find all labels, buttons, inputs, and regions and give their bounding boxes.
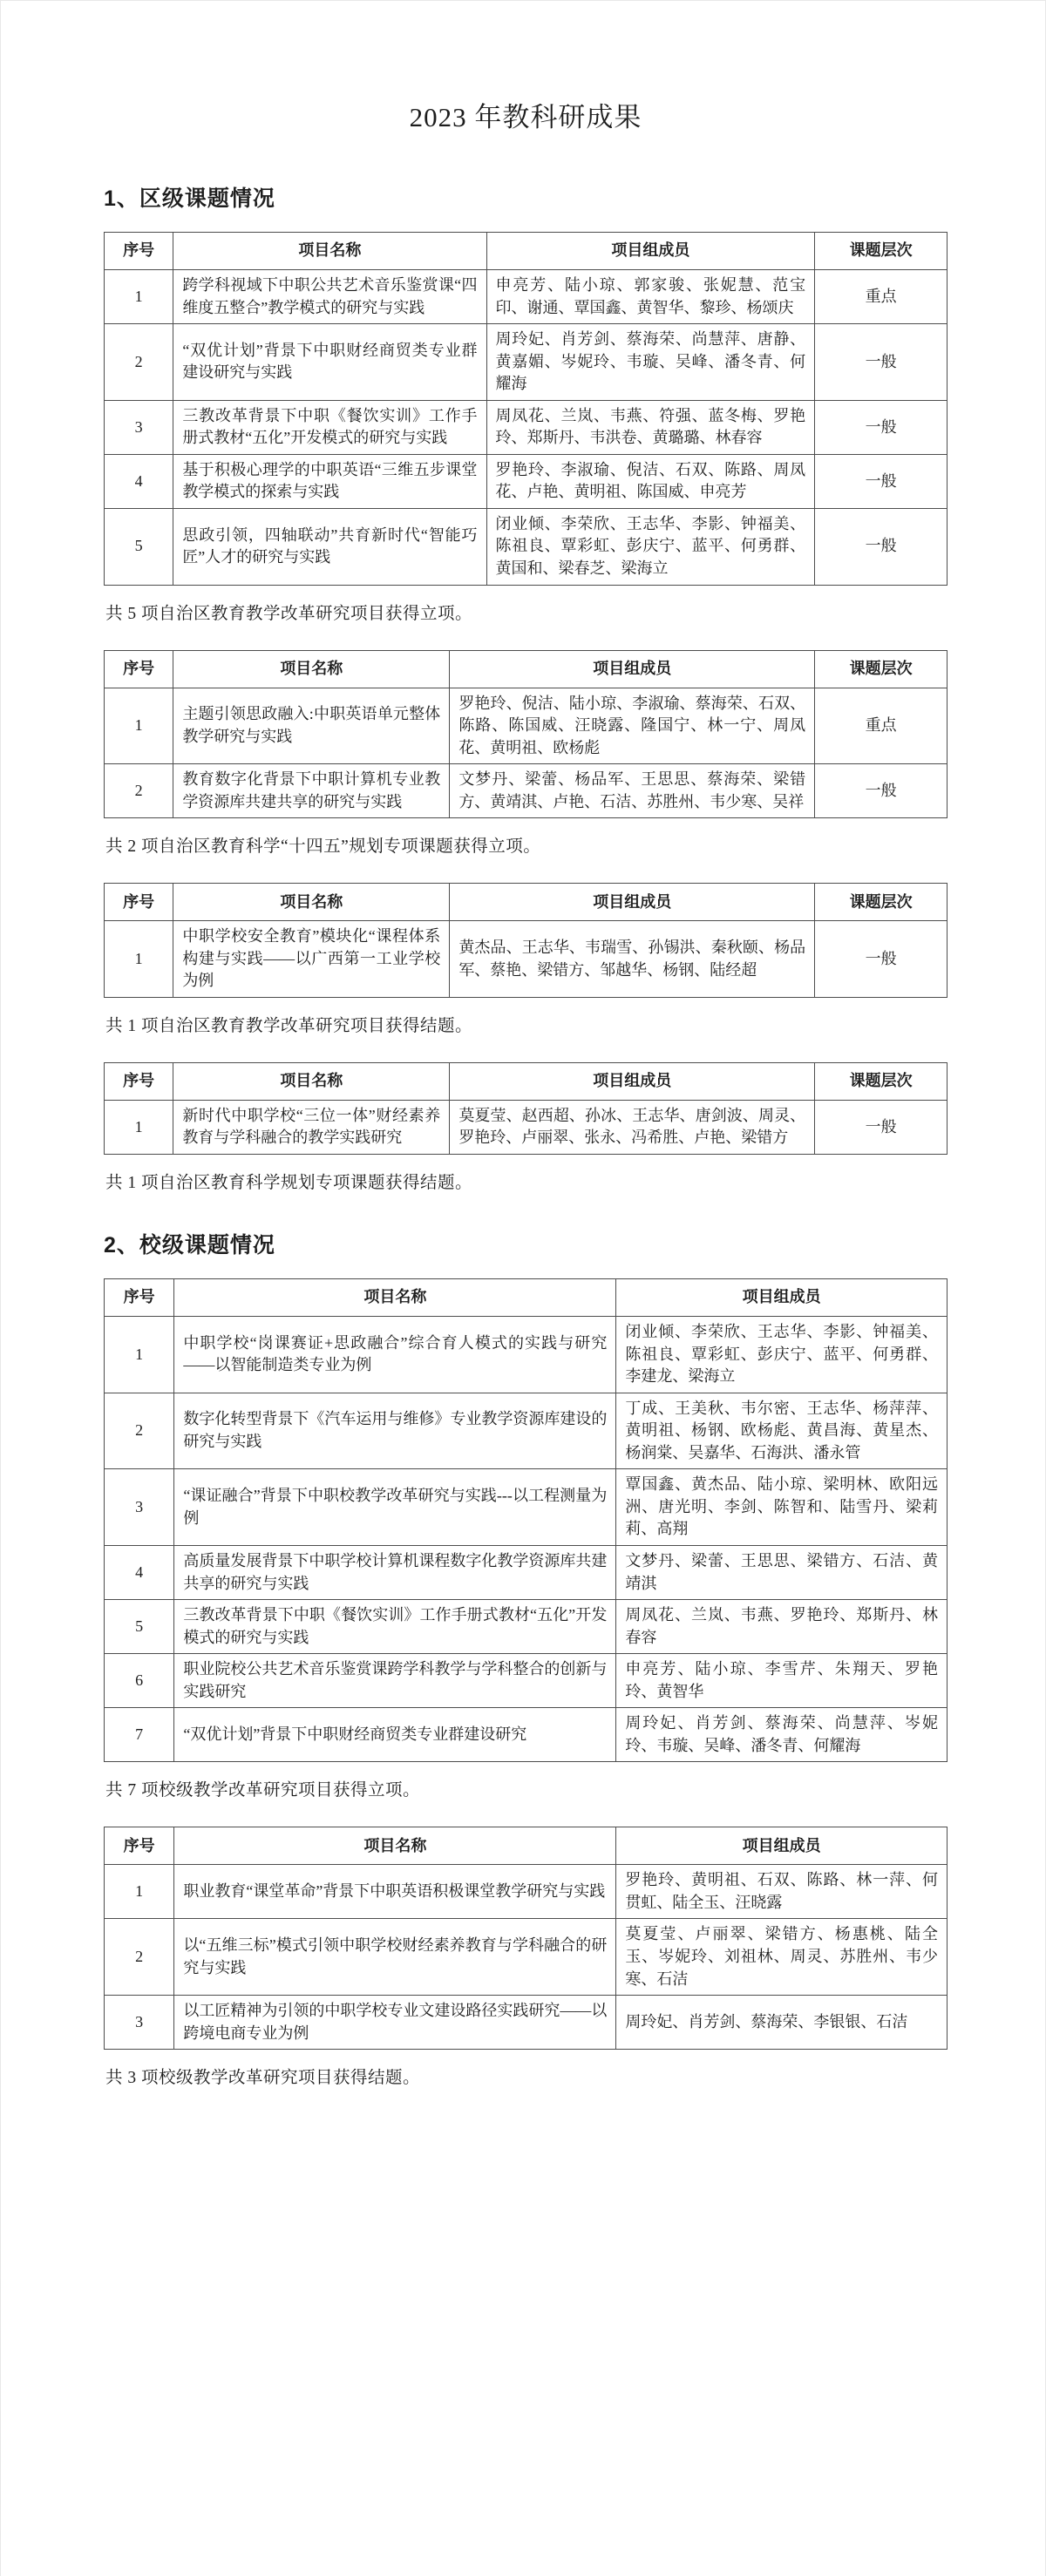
project-name-cell: 以工匠精神为引领的中职学校专业文建设路径实践研究——以跨境电商专业为例: [174, 1996, 616, 2050]
project-level-cell: 一般: [815, 921, 948, 998]
column-header: 项目名称: [173, 233, 486, 270]
table-summary: 共 3 项校级教学改革研究项目获得结题。: [105, 2064, 948, 2088]
project-level-cell: 一般: [815, 324, 948, 401]
project-level-cell: 重点: [815, 270, 948, 324]
column-header: 项目组成员: [486, 233, 815, 270]
projects-table: 序号项目名称项目组成员课题层次1中职学校安全教育”模块化“课程体系构建与实践——…: [104, 883, 948, 998]
project-name-cell: 新时代中职学校“三位一体”财经素养教育与学科融合的教学实践研究: [173, 1100, 450, 1154]
table-row: 1中职学校安全教育”模块化“课程体系构建与实践——以广西第一工业学校为例黄杰品、…: [105, 921, 948, 998]
table-summary: 共 2 项自治区教育科学“十四五”规划专项课题获得立项。: [105, 832, 948, 857]
header-row: 序号项目名称项目组成员课题层次: [105, 233, 948, 270]
project-name-cell: “课证融合”背景下中职校教学改革研究与实践---以工程测量为例: [174, 1469, 616, 1546]
section-heading-2: 2、校级课题情况: [104, 1228, 948, 1259]
column-header: 项目名称: [173, 884, 450, 921]
row-index-cell: 3: [105, 400, 173, 454]
project-members-cell: 莫夏莹、卢丽翠、梁错方、杨惠桃、陆全玉、岑妮玲、刘祖林、周灵、苏胜州、韦少寒、石…: [616, 1919, 948, 1996]
table-row: 1主题引领思政融入:中职英语单元整体教学研究与实践罗艳玲、倪洁、陆小琼、李淑瑜、…: [105, 688, 948, 764]
column-header: 项目组成员: [450, 650, 815, 688]
column-header: 项目名称: [173, 650, 450, 688]
project-name-cell: 跨学科视域下中职公共艺术音乐鉴赏课“四维度五整合”教学模式的研究与实践: [173, 270, 486, 324]
project-members-cell: 闭业倾、李荣欣、王志华、李影、钟福美、陈祖良、覃彩虹、彭庆宁、蓝平、何勇群、黄国…: [486, 508, 815, 585]
row-index-cell: 3: [105, 1996, 174, 2050]
table-row: 2数字化转型背景下《汽车运用与维修》专业教学资源库建设的研究与实践丁成、王美秋、…: [105, 1393, 948, 1469]
row-index-cell: 7: [105, 1708, 174, 1762]
table-summary: 共 1 项自治区教育教学改革研究项目获得结题。: [105, 1012, 948, 1036]
project-name-cell: 三教改革背景下中职《餐饮实训》工作手册式教材“五化”开发模式的研究与实践: [173, 400, 486, 454]
column-header: 课题层次: [815, 1062, 948, 1100]
project-members-cell: 闭业倾、李荣欣、王志华、李影、钟福美、陈祖良、覃彩虹、彭庆宁、蓝平、何勇群、李建…: [616, 1317, 948, 1393]
project-name-cell: 高质量发展背景下中职学校计算机课程数字化教学资源库共建共享的研究与实践: [174, 1545, 616, 1599]
project-members-cell: 文梦丹、梁蕾、王思思、梁错方、石洁、黄靖淇: [616, 1545, 948, 1599]
project-name-cell: 数字化转型背景下《汽车运用与维修》专业教学资源库建设的研究与实践: [174, 1393, 616, 1469]
project-name-cell: 思政引领，四轴联动”共育新时代“智能巧匠”人才的研究与实践: [173, 508, 486, 585]
row-index-cell: 2: [105, 764, 173, 818]
project-name-cell: 三教改革背景下中职《餐饮实训》工作手册式教材“五化”开发模式的研究与实践: [174, 1600, 616, 1654]
row-index-cell: 1: [105, 270, 173, 324]
column-header: 序号: [105, 233, 173, 270]
table-summary: 共 1 项自治区教育科学规划专项课题获得结题。: [105, 1169, 948, 1193]
row-index-cell: 3: [105, 1469, 174, 1546]
header-row: 序号项目名称项目组成员课题层次: [105, 884, 948, 921]
table-row: 4基于积极心理学的中职英语“三维五步课堂教学模式的探索与实践罗艳玲、李淑瑜、倪洁…: [105, 454, 948, 508]
column-header: 课题层次: [815, 650, 948, 688]
row-index-cell: 2: [105, 324, 173, 401]
project-members-cell: 周玲妃、肖芳剑、蔡海荣、尚慧萍、唐静、黄嘉媚、岑妮玲、韦璇、吴峰、潘冬青、何耀海: [486, 324, 815, 401]
column-header: 课题层次: [815, 233, 948, 270]
project-name-cell: 职业院校公共艺术音乐鉴赏课跨学科教学与学科整合的创新与实践研究: [174, 1654, 616, 1708]
document-page: 2023 年教科研成果 1、区级课题情况序号项目名称项目组成员课题层次1跨学科视…: [0, 0, 1046, 2576]
project-name-cell: “双优计划”背景下中职财经商贸类专业群建设研究与实践: [173, 324, 486, 401]
column-header: 序号: [105, 1279, 174, 1317]
header-row: 序号项目名称项目组成员: [105, 1827, 948, 1865]
project-members-cell: 申亮芳、陆小琼、李雪芹、朱翔天、罗艳玲、黄智华: [616, 1654, 948, 1708]
table-row: 2教育数字化背景下中职计算机专业教学资源库共建共享的研究与实践文梦丹、梁蕾、杨品…: [105, 764, 948, 818]
projects-table: 序号项目名称项目组成员课题层次1主题引领思政融入:中职英语单元整体教学研究与实践…: [104, 650, 948, 819]
project-members-cell: 周玲妃、肖芳剑、蔡海荣、尚慧萍、岑妮玲、韦璇、吴峰、潘冬青、何耀海: [616, 1708, 948, 1762]
row-index-cell: 2: [105, 1919, 174, 1996]
table-row: 1中职学校“岗课赛证+思政融合”综合育人模式的实践与研究——以智能制造类专业为例…: [105, 1317, 948, 1393]
header-row: 序号项目名称项目组成员课题层次: [105, 650, 948, 688]
row-index-cell: 1: [105, 921, 173, 998]
row-index-cell: 4: [105, 454, 173, 508]
table-row: 3三教改革背景下中职《餐饮实训》工作手册式教材“五化”开发模式的研究与实践周凤花…: [105, 400, 948, 454]
row-index-cell: 4: [105, 1545, 174, 1599]
column-header: 项目名称: [174, 1279, 616, 1317]
project-level-cell: 重点: [815, 688, 948, 764]
row-index-cell: 1: [105, 688, 173, 764]
table-row: 1跨学科视域下中职公共艺术音乐鉴赏课“四维度五整合”教学模式的研究与实践申亮芳、…: [105, 270, 948, 324]
table-row: 5三教改革背景下中职《餐饮实训》工作手册式教材“五化”开发模式的研究与实践周凤花…: [105, 1600, 948, 1654]
column-header: 项目组成员: [450, 884, 815, 921]
table-row: 1职业教育“课堂革命”背景下中职英语积极课堂教学研究与实践罗艳玲、黄明祖、石双、…: [105, 1865, 948, 1919]
section-heading-1: 1、区级课题情况: [104, 181, 948, 213]
column-header: 序号: [105, 1827, 174, 1865]
project-members-cell: 罗艳玲、倪洁、陆小琼、李淑瑜、蔡海荣、石双、陈路、陈国威、汪晓露、隆国宁、林一宁…: [450, 688, 815, 764]
project-name-cell: “双优计划”背景下中职财经商贸类专业群建设研究: [174, 1708, 616, 1762]
row-index-cell: 1: [105, 1317, 174, 1393]
project-members-cell: 文梦丹、梁蕾、杨品军、王思思、蔡海荣、梁错方、黄靖淇、卢艳、石洁、苏胜州、韦少寒…: [450, 764, 815, 818]
row-index-cell: 1: [105, 1865, 174, 1919]
project-level-cell: 一般: [815, 1100, 948, 1154]
row-index-cell: 1: [105, 1100, 173, 1154]
project-members-cell: 丁成、王美秋、韦尔密、王志华、杨萍萍、黄明祖、杨钢、欧杨彪、黄昌海、黄星杰、杨润…: [616, 1393, 948, 1469]
project-name-cell: 基于积极心理学的中职英语“三维五步课堂教学模式的探索与实践: [173, 454, 486, 508]
project-level-cell: 一般: [815, 400, 948, 454]
column-header: 项目名称: [174, 1827, 616, 1865]
row-index-cell: 5: [105, 1600, 174, 1654]
project-members-cell: 周凤花、兰岚、韦燕、符强、蓝冬梅、罗艳玲、郑斯丹、韦洪卷、黄璐璐、林春容: [486, 400, 815, 454]
project-level-cell: 一般: [815, 454, 948, 508]
project-name-cell: 中职学校“岗课赛证+思政融合”综合育人模式的实践与研究——以智能制造类专业为例: [174, 1317, 616, 1393]
row-index-cell: 6: [105, 1654, 174, 1708]
project-members-cell: 莫夏莹、赵西超、孙冰、王志华、唐剑波、周灵、罗艳玲、卢丽翠、张永、冯希胜、卢艳、…: [450, 1100, 815, 1154]
projects-table: 序号项目名称项目组成员课题层次1跨学科视域下中职公共艺术音乐鉴赏课“四维度五整合…: [104, 232, 948, 586]
column-header: 序号: [105, 650, 173, 688]
table-row: 4高质量发展背景下中职学校计算机课程数字化教学资源库共建共享的研究与实践文梦丹、…: [105, 1545, 948, 1599]
project-name-cell: 以“五维三标”模式引领中职学校财经素养教育与学科融合的研究与实践: [174, 1919, 616, 1996]
table-row: 3“课证融合”背景下中职校教学改革研究与实践---以工程测量为例覃国鑫、黄杰品、…: [105, 1469, 948, 1546]
table-row: 5思政引领，四轴联动”共育新时代“智能巧匠”人才的研究与实践闭业倾、李荣欣、王志…: [105, 508, 948, 585]
projects-table: 序号项目名称项目组成员1职业教育“课堂革命”背景下中职英语积极课堂教学研究与实践…: [104, 1827, 948, 2050]
table-row: 2“双优计划”背景下中职财经商贸类专业群建设研究与实践周玲妃、肖芳剑、蔡海荣、尚…: [105, 324, 948, 401]
document-content: 1、区级课题情况序号项目名称项目组成员课题层次1跨学科视域下中职公共艺术音乐鉴赏…: [104, 181, 948, 2088]
project-name-cell: 职业教育“课堂革命”背景下中职英语积极课堂教学研究与实践: [174, 1865, 616, 1919]
row-index-cell: 2: [105, 1393, 174, 1469]
project-name-cell: 主题引领思政融入:中职英语单元整体教学研究与实践: [173, 688, 450, 764]
project-members-cell: 罗艳玲、黄明祖、石双、陈路、林一萍、何贯虹、陆全玉、汪晓露: [616, 1865, 948, 1919]
column-header: 项目名称: [173, 1062, 450, 1100]
column-header: 项目组成员: [616, 1827, 948, 1865]
header-row: 序号项目名称项目组成员: [105, 1279, 948, 1317]
project-members-cell: 黄杰品、王志华、韦瑞雪、孙锡洪、秦秋颐、杨品军、蔡艳、梁错方、邹越华、杨钢、陆经…: [450, 921, 815, 998]
project-level-cell: 一般: [815, 764, 948, 818]
project-members-cell: 申亮芳、陆小琼、郭家骏、张妮慧、范宝印、谢通、覃国鑫、黄智华、黎珍、杨颂庆: [486, 270, 815, 324]
projects-table: 序号项目名称项目组成员课题层次1新时代中职学校“三位一体”财经素养教育与学科融合…: [104, 1062, 948, 1155]
column-header: 项目组成员: [450, 1062, 815, 1100]
table-summary: 共 5 项自治区教育教学改革研究项目获得立项。: [105, 600, 948, 624]
column-header: 课题层次: [815, 884, 948, 921]
project-members-cell: 覃国鑫、黄杰品、陆小琼、梁明林、欧阳远洲、唐光明、李剑、陈智和、陆雪丹、梁莉莉、…: [616, 1469, 948, 1546]
row-index-cell: 5: [105, 508, 173, 585]
project-name-cell: 中职学校安全教育”模块化“课程体系构建与实践——以广西第一工业学校为例: [173, 921, 450, 998]
column-header: 序号: [105, 1062, 173, 1100]
project-level-cell: 一般: [815, 508, 948, 585]
project-members-cell: 周凤花、兰岚、韦燕、罗艳玲、郑斯丹、林春容: [616, 1600, 948, 1654]
project-members-cell: 周玲妃、肖芳剑、蔡海荣、李银银、石洁: [616, 1996, 948, 2050]
column-header: 项目组成员: [616, 1279, 948, 1317]
project-members-cell: 罗艳玲、李淑瑜、倪洁、石双、陈路、周凤花、卢艳、黄明祖、陈国威、申亮芳: [486, 454, 815, 508]
table-row: 2以“五维三标”模式引领中职学校财经素养教育与学科融合的研究与实践莫夏莹、卢丽翠…: [105, 1919, 948, 1996]
header-row: 序号项目名称项目组成员课题层次: [105, 1062, 948, 1100]
table-row: 1新时代中职学校“三位一体”财经素养教育与学科融合的教学实践研究莫夏莹、赵西超、…: [105, 1100, 948, 1154]
table-summary: 共 7 项校级教学改革研究项目获得立项。: [105, 1776, 948, 1800]
table-row: 3以工匠精神为引领的中职学校专业文建设路径实践研究——以跨境电商专业为例周玲妃、…: [105, 1996, 948, 2050]
projects-table: 序号项目名称项目组成员1中职学校“岗课赛证+思政融合”综合育人模式的实践与研究—…: [104, 1278, 948, 1762]
table-row: 6职业院校公共艺术音乐鉴赏课跨学科教学与学科整合的创新与实践研究申亮芳、陆小琼、…: [105, 1654, 948, 1708]
document-title: 2023 年教科研成果: [104, 95, 948, 134]
table-row: 7“双优计划”背景下中职财经商贸类专业群建设研究周玲妃、肖芳剑、蔡海荣、尚慧萍、…: [105, 1708, 948, 1762]
column-header: 序号: [105, 884, 173, 921]
project-name-cell: 教育数字化背景下中职计算机专业教学资源库共建共享的研究与实践: [173, 764, 450, 818]
